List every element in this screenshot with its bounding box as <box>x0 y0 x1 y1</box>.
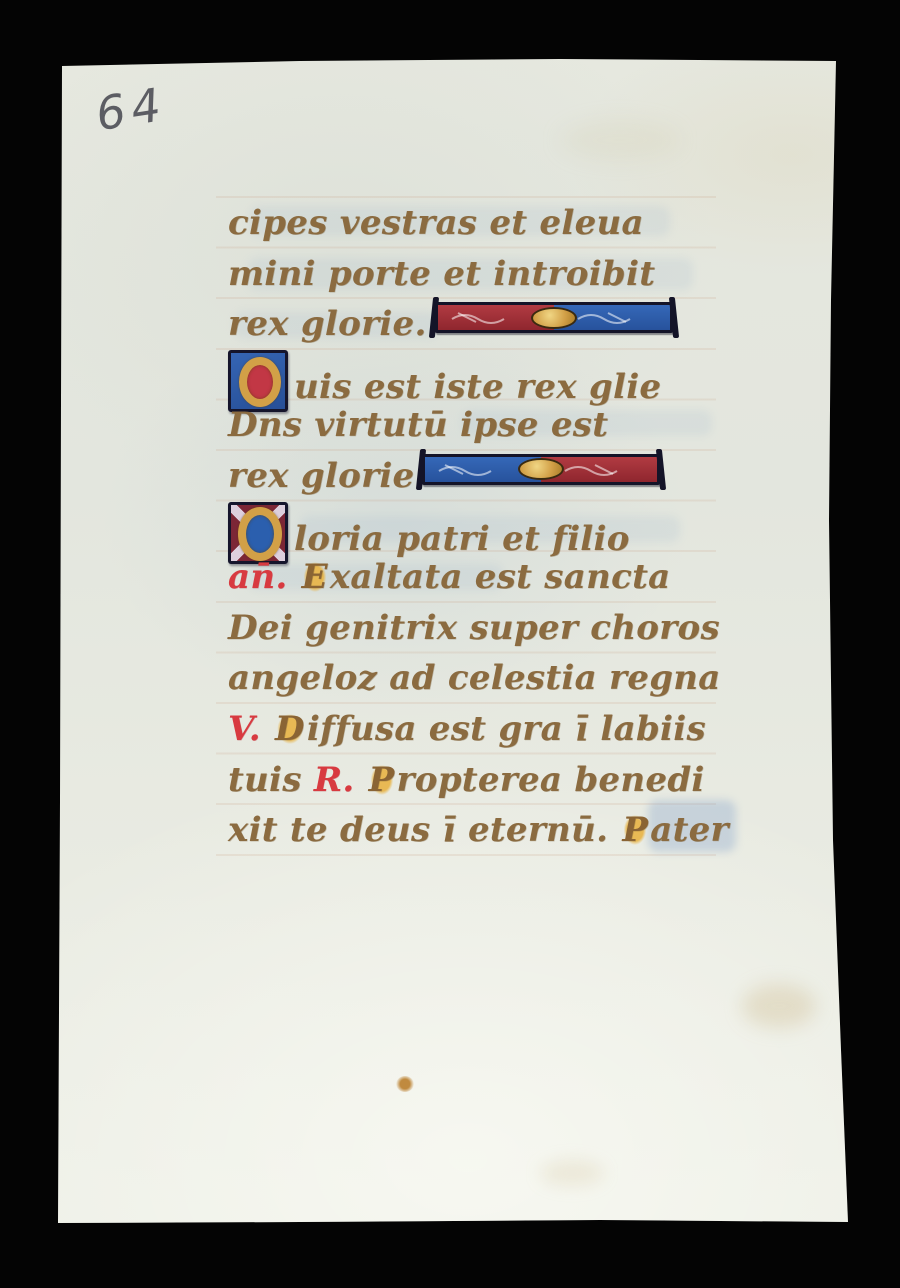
manuscript-text: iffusa est gra ī labiis <box>307 709 706 749</box>
manuscript-text: ater <box>650 810 728 850</box>
stain <box>396 1076 414 1092</box>
manuscript-text: Dei genitrix super choros <box>228 608 720 648</box>
manuscript-leaf: 64 cipes vestras et eleuamini porte et i… <box>0 0 900 1288</box>
gold-touched-capital: E <box>300 557 330 597</box>
line-filler-icon <box>435 302 673 333</box>
text-line-8: an̄. Exaltata est sancta <box>228 552 724 603</box>
rubric-text: an̄. <box>228 557 288 597</box>
text-line-5: Dns virtutū ipse est <box>228 400 724 451</box>
text-line-1: cipes vestras et eleua <box>228 198 724 249</box>
text-line-9: Dei genitrix super choros <box>228 603 724 654</box>
manuscript-text: angeloz ad celestia regna <box>228 658 721 698</box>
manuscript-text <box>261 709 273 749</box>
gold-touched-capital: D <box>273 709 307 749</box>
initial-letter-body <box>239 357 281 407</box>
text-line-4: uis est iste rex glie <box>228 350 724 401</box>
text-line-12: tuis R. Propterea benedi <box>228 755 724 806</box>
gold-touched-capital: P <box>620 810 650 850</box>
text-block: cipes vestras et eleuamini porte et intr… <box>228 198 724 856</box>
photo-background: 64 cipes vestras et eleuamini porte et i… <box>0 0 900 1288</box>
manuscript-text: xaltata est sancta <box>330 557 671 597</box>
text-line-7: loria patri et filio <box>228 502 724 553</box>
line-filler-icon <box>422 454 660 485</box>
text-line-3: rex glorie. <box>228 299 724 350</box>
manuscript-text: cipes vestras et eleua <box>228 203 644 243</box>
folio-number: 64 <box>92 77 170 141</box>
manuscript-text: ropterea benedi <box>397 760 705 800</box>
text-line-2: mini porte et introibit <box>228 249 724 300</box>
manuscript-text: rex glorie <box>228 456 414 496</box>
manuscript-text: xit te deus ī eternū. <box>228 810 620 850</box>
rubric-text: V. <box>228 709 261 749</box>
filler-gold-bezant <box>518 458 564 480</box>
stain <box>560 120 680 160</box>
text-line-6: rex glorie <box>228 451 724 502</box>
manuscript-text: rex glorie. <box>228 304 427 344</box>
manuscript-text: Dns virtutū ipse est <box>228 405 608 445</box>
gold-touched-capital: P <box>367 760 397 800</box>
filler-gold-bezant <box>531 307 577 329</box>
manuscript-text <box>288 557 300 597</box>
stain <box>742 984 816 1028</box>
stain <box>540 1160 604 1186</box>
manuscript-text: tuis <box>228 760 314 800</box>
manuscript-text <box>355 760 367 800</box>
text-line-10: angeloz ad celestia regna <box>228 653 724 704</box>
manuscript-text: mini porte et introibit <box>228 254 655 294</box>
text-line-13: xit te deus ī eternū. Pater <box>228 805 724 856</box>
text-line-11: V. Diffusa est gra ī labiis <box>228 704 724 755</box>
rubric-text: R. <box>314 760 355 800</box>
